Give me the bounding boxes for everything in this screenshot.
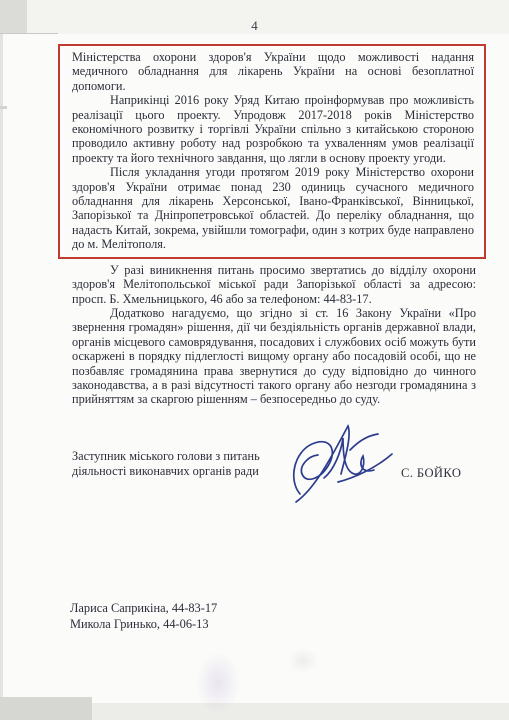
scan-edge-left — [0, 34, 3, 720]
scanned-letter-page: 4 Міністерства охорони здоров'я України … — [0, 0, 509, 720]
contact-person-1: Лариса Саприкіна, 44-83-17 — [70, 601, 217, 617]
paragraph-contact-info: У разі виникнення питань просимо звертат… — [72, 263, 476, 306]
signatory-position-line2: діяльності виконавчих органів ради — [72, 464, 292, 479]
signatory-position-line1: Заступник міського голови з питань — [72, 449, 292, 464]
document-body-continued: У разі виникнення питань просимо звертат… — [58, 259, 486, 407]
contact-persons: Лариса Саприкіна, 44-83-17 Микола Гриньк… — [70, 601, 217, 632]
scan-edge-bottom — [0, 703, 509, 720]
highlight-annotation-box: Міністерства охорони здоров'я України що… — [58, 44, 486, 259]
handwritten-signature-ink — [286, 422, 398, 510]
scan-ink-smudge — [196, 652, 240, 714]
paragraph-china-project: Наприкінці 2016 року Уряд Китаю проінфор… — [72, 93, 474, 165]
paragraph-continuation: Міністерства охорони здоров'я України що… — [72, 50, 474, 93]
page-number: 4 — [0, 18, 509, 34]
signatory-position: Заступник міського голови з питань діяль… — [72, 449, 292, 479]
paragraph-legal-notice: Додатково нагадуємо, що згідно зі ст. 16… — [72, 306, 476, 407]
scan-edge-bottom-left-corner — [0, 697, 92, 720]
contact-person-2: Микола Гринько, 44-06-13 — [70, 617, 217, 633]
scan-faint-smudge — [288, 648, 318, 674]
scan-mark-left — [0, 106, 7, 109]
paragraph-equipment-delivery: Після укладання угоди протягом 2019 року… — [72, 165, 474, 251]
document-body: Міністерства охорони здоров'я України що… — [58, 44, 486, 407]
signatory-name: С. БОЙКО — [401, 466, 461, 481]
